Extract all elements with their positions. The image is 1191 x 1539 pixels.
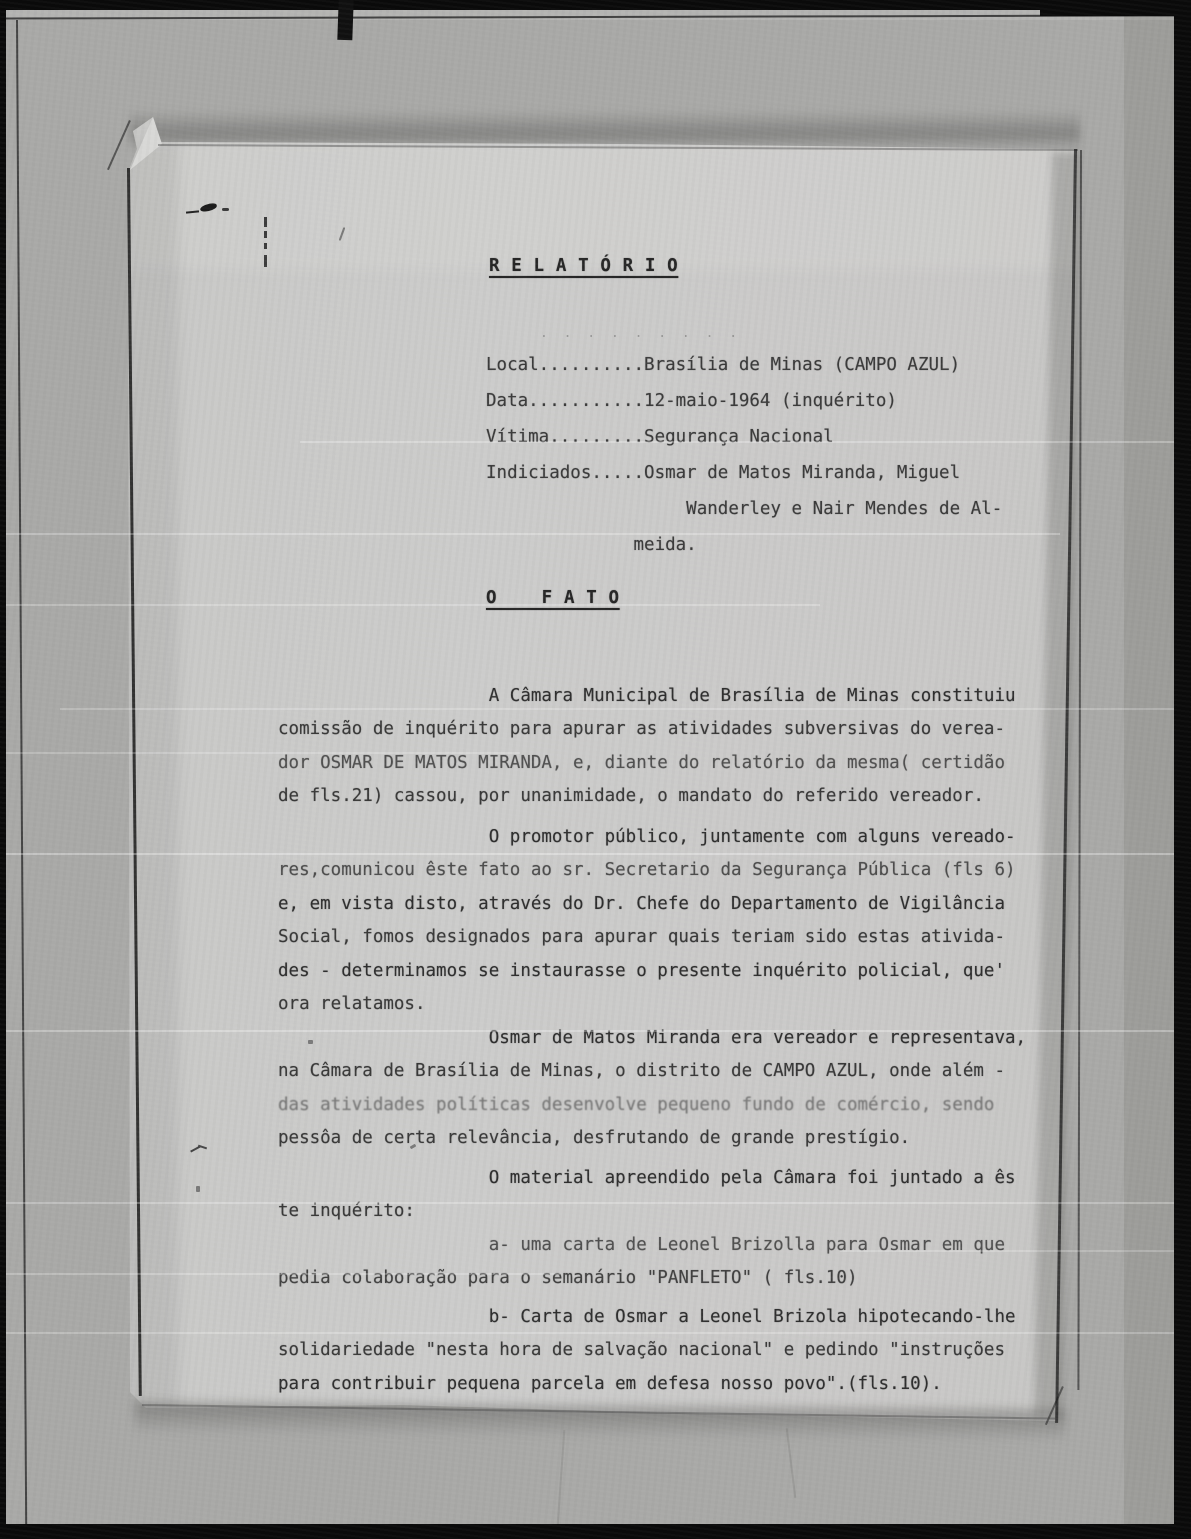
mat-frame-line-left [16, 20, 27, 1524]
scratch-mark-bottom [557, 1430, 566, 1525]
scratch-line [0, 604, 820, 606]
scratch-line [840, 1250, 1191, 1252]
film-border-top [0, 0, 1191, 10]
ink-scribble-dot [222, 208, 229, 211]
mat-frame-line-right [1077, 150, 1082, 1390]
faded-dots-artifact: . . . . . . . . . [540, 326, 741, 341]
paragraph-3: Osmar de Matos Miranda era vereador e re… [278, 1022, 1026, 1156]
report-meta-fields: Local..........Brasília de Minas (CAMPO … [486, 347, 1002, 563]
paragraph-1: A Câmara Municipal de Brasília de Minas … [278, 680, 1016, 814]
scratch-line [300, 441, 1191, 443]
ink-dash-segment [264, 243, 267, 249]
scratch-line [0, 1273, 560, 1275]
scratch-line [0, 752, 520, 754]
item-b: b- Carta de Osmar a Leonel Brizola hipot… [278, 1301, 1016, 1401]
scratch-line [0, 533, 1060, 535]
mat-right-band [1124, 10, 1174, 1524]
ink-dash-segment [264, 217, 267, 227]
ink-dash-segment [264, 231, 267, 238]
ink-dash-segment [264, 255, 267, 267]
document-title: R E L A T Ó R I O [489, 256, 678, 276]
film-border-left [0, 0, 6, 1539]
paper-highlight [128, 140, 1078, 270]
paragraph-2: O promotor público, juntamente com algun… [278, 821, 1016, 1021]
scratch-line [0, 1030, 1191, 1032]
film-border-right [1174, 0, 1191, 1539]
scratch-line [0, 1332, 1191, 1334]
torn-corner-crease [107, 120, 131, 170]
scanned-document-page: R E L A T Ó R I O . . . . . . . . . Loca… [0, 0, 1191, 1539]
film-border-notch [337, 0, 353, 40]
scratch-line [0, 853, 1191, 855]
ink-speck [196, 1186, 200, 1192]
film-border-bottom [0, 1524, 1191, 1539]
scratch-line [0, 1202, 1191, 1204]
scratch-line [60, 708, 1191, 710]
item-a: a- uma carta de Leonel Brizolla para Osm… [278, 1229, 1005, 1296]
film-border-top-right [1040, 0, 1191, 16]
paragraph-4: O material apreendido pela Câmara foi ju… [278, 1162, 1016, 1229]
ink-vertical-dashed-mark [264, 217, 267, 269]
